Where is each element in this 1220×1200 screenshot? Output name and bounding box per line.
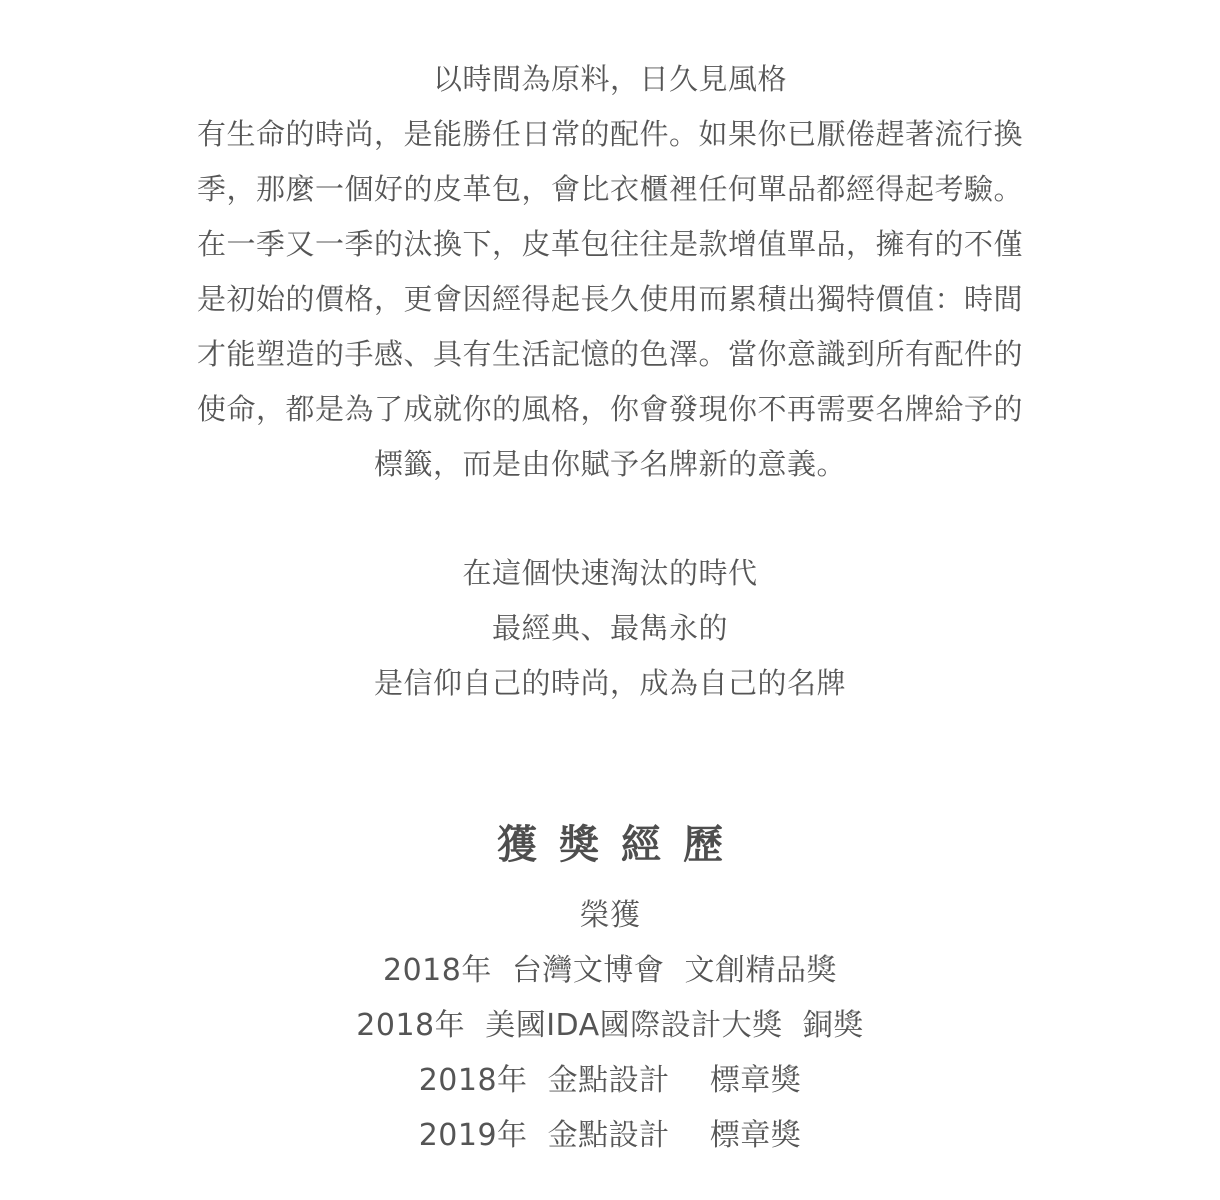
award-item: 2019年 金點設計 標章獎 (0, 1108, 1220, 1163)
intro-section: 以時間為原料，日久見風格 有生命的時尚，是能勝任日常的配件。如果你已厭倦趕著流行… (0, 52, 1220, 492)
slogan-line: 在這個快速淘汰的時代 (0, 546, 1220, 601)
slogan-section: 在這個快速淘汰的時代 最經典、最雋永的 是信仰自己的時尚，成為自己的名牌 (0, 546, 1220, 711)
intro-paragraph-line: 才能塑造的手感、具有生活記憶的色澤。當你意識到所有配件的 (0, 327, 1220, 382)
intro-paragraph-line: 使命，都是為了成就你的風格，你會發現你不再需要名牌給予的 (0, 382, 1220, 437)
awards-title: 獲獎經歷 (0, 815, 1220, 875)
intro-paragraph-line: 季，那麼一個好的皮革包，會比衣櫃裡任何單品都經得起考驗。 (0, 162, 1220, 217)
award-item: 2018年 台灣文博會 文創精品獎 (0, 943, 1220, 998)
intro-paragraph-line: 在一季又一季的汰換下，皮革包往往是款增值單品，擁有的不僅 (0, 217, 1220, 272)
award-item: 2018年 金點設計 標章獎 (0, 1053, 1220, 1108)
brand-story-page: 以時間為原料，日久見風格 有生命的時尚，是能勝任日常的配件。如果你已厭倦趕著流行… (0, 0, 1220, 1200)
intro-paragraph-line: 有生命的時尚，是能勝任日常的配件。如果你已厭倦趕著流行換 (0, 107, 1220, 162)
slogan-line: 最經典、最雋永的 (0, 601, 1220, 656)
award-item: 2018年 美國IDA國際設計大獎 銅獎 (0, 998, 1220, 1053)
awards-section: 榮獲 2018年 台灣文博會 文創精品獎 2018年 美國IDA國際設計大獎 銅… (0, 888, 1220, 1163)
awards-subtitle: 榮獲 (0, 888, 1220, 943)
intro-paragraph-line: 是初始的價格，更會因經得起長久使用而累積出獨特價值：時間 (0, 272, 1220, 327)
intro-paragraph-line: 標籤，而是由你賦予名牌新的意義。 (0, 437, 1220, 492)
intro-heading: 以時間為原料，日久見風格 (0, 52, 1220, 107)
slogan-line: 是信仰自己的時尚，成為自己的名牌 (0, 656, 1220, 711)
